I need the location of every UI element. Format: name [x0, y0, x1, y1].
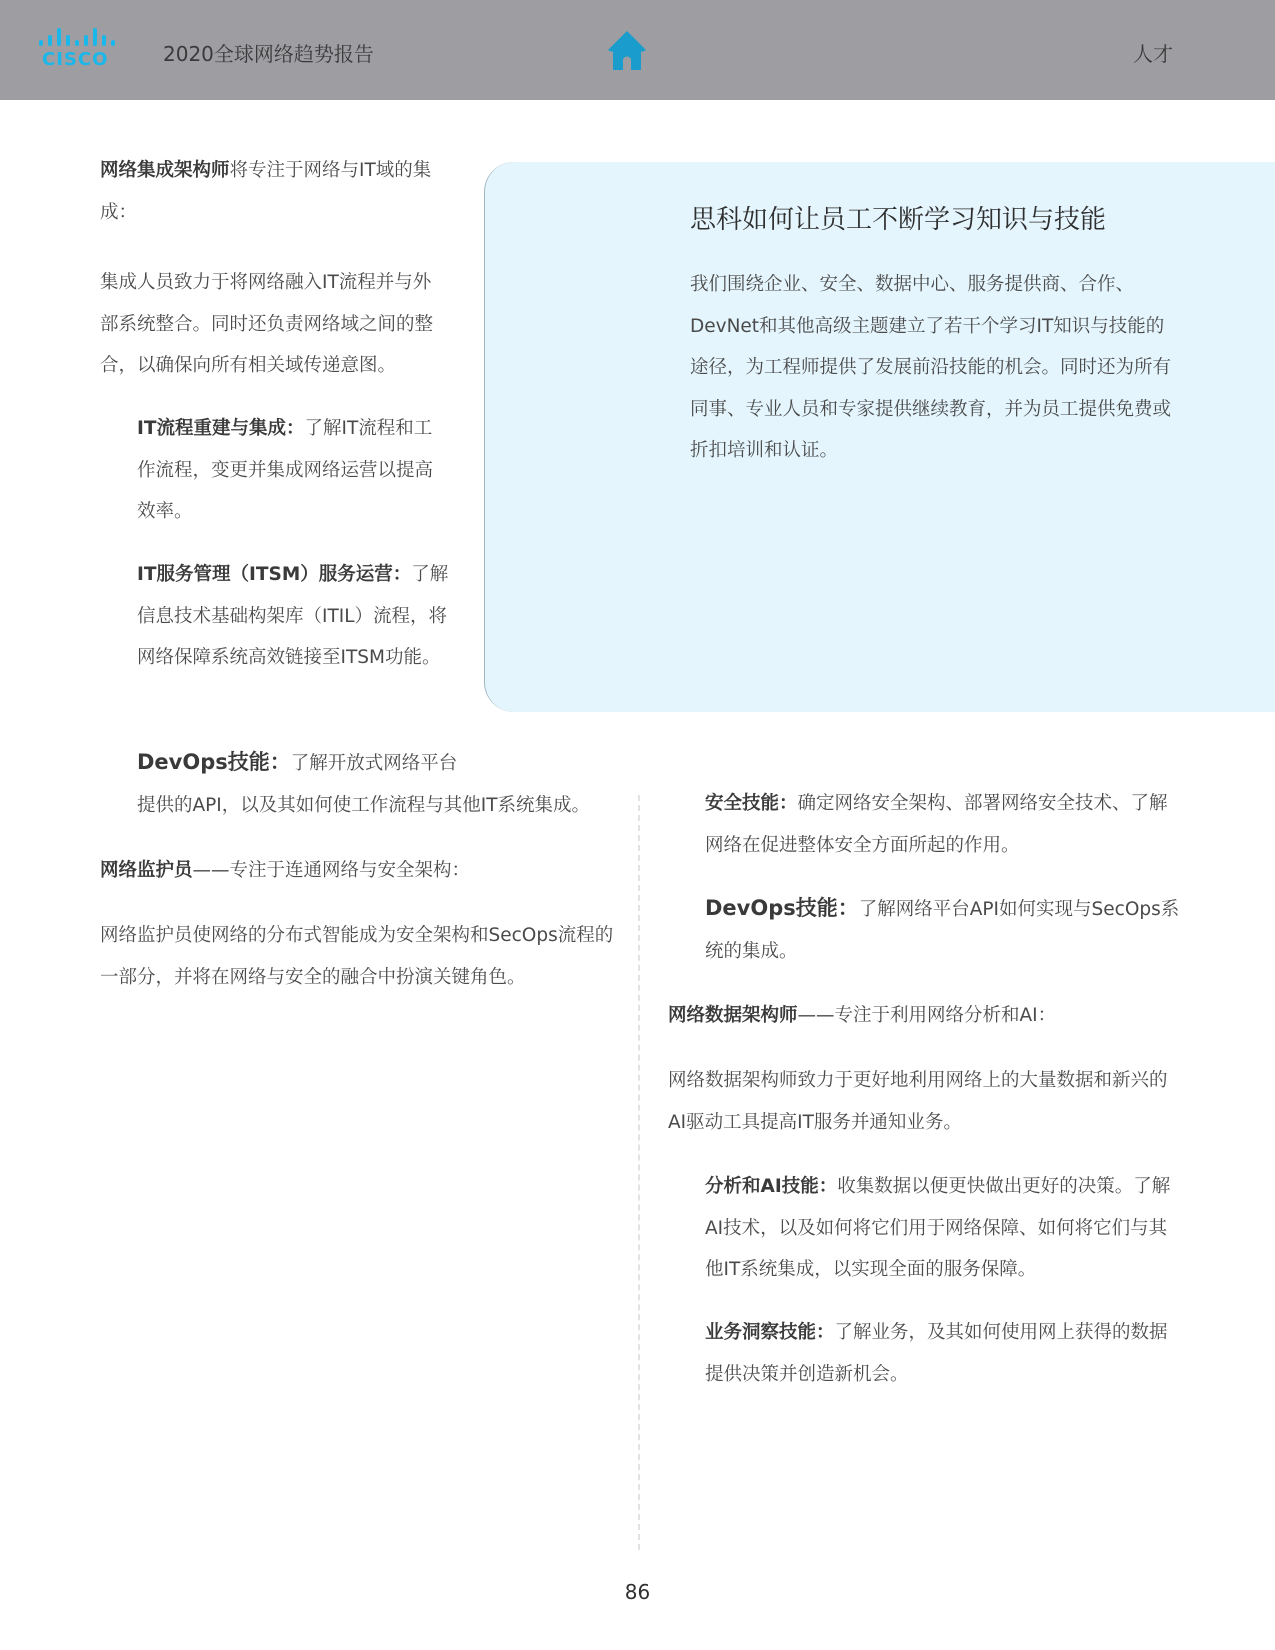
guardian-intro: 网络监护员——专注于连通网络与安全架构： — [100, 850, 620, 892]
cisco-wordmark: CISCO — [36, 50, 118, 70]
integration-architect-desc: 集成人员致力于将网络融入IT流程并与外部系统整合。同时还负责网络域之间的整合，以… — [100, 262, 445, 387]
data-architect-intro: 网络数据架构师——专注于利用网络分析和AI： — [668, 995, 1183, 1037]
report-header: CISCO 2020全球网络趋势报告 人才 — [0, 0, 1275, 100]
integration-architect-intro: 网络集成架构师将专注于网络与IT域的集成： — [100, 150, 445, 233]
guardian-desc: 网络监护员使网络的分布式智能成为安全架构和SecOps流程的一部分，并将在网络与… — [100, 915, 615, 998]
cisco-logo[interactable]: CISCO — [36, 28, 118, 74]
skill-item: DevOps技能：了解开放式网络平台 提供的API，以及其如何使工作流程与其他I… — [137, 742, 607, 826]
role-title: 网络监护员 — [100, 860, 193, 881]
skill-item: 业务洞察技能：了解业务，及其如何使用网上获得的数据提供决策并创造新机会。 — [705, 1312, 1183, 1395]
column-divider — [638, 795, 640, 1550]
data-architect-desc: 网络数据架构师致力于更好地利用网络上的大量数据和新兴的AI驱动工具提高IT服务并… — [668, 1060, 1183, 1143]
page-number: 86 — [0, 1580, 1275, 1604]
callout-title: 思科如何让员工不断学习知识与技能 — [690, 202, 1106, 238]
skill-item: DevOps技能：了解网络平台API如何实现与SecOps系统的集成。 — [705, 888, 1185, 972]
skill-item: 安全技能：确定网络安全架构、部署网络安全技术、了解网络在促进整体安全方面所起的作… — [705, 783, 1180, 866]
home-icon — [605, 28, 649, 72]
skill-item: IT流程重建与集成：了解IT流程和工作流程，变更并集成网络运营以提高效率。 — [137, 408, 449, 533]
learning-callout: 思科如何让员工不断学习知识与技能 我们围绕企业、安全、数据中心、服务提供商、合作… — [484, 162, 1275, 712]
skill-item: 分析和AI技能：收集数据以便更快做出更好的决策。了解AI技术，以及如何将它们用于… — [705, 1166, 1183, 1291]
home-button[interactable] — [605, 28, 649, 72]
role-title: 网络集成架构师 — [100, 160, 230, 181]
skill-item: IT服务管理（ITSM）服务运营：了解信息技术基础构架库（ITIL）流程，将网络… — [137, 554, 449, 679]
role-title: 网络数据架构师 — [668, 1005, 798, 1026]
document-title: 2020全球网络趋势报告 — [163, 38, 374, 67]
callout-body: 我们围绕企业、安全、数据中心、服务提供商、合作、DevNet和其他高级主题建立了… — [690, 264, 1180, 472]
section-label[interactable]: 人才 — [1133, 38, 1173, 67]
cisco-bars-icon — [36, 28, 118, 46]
